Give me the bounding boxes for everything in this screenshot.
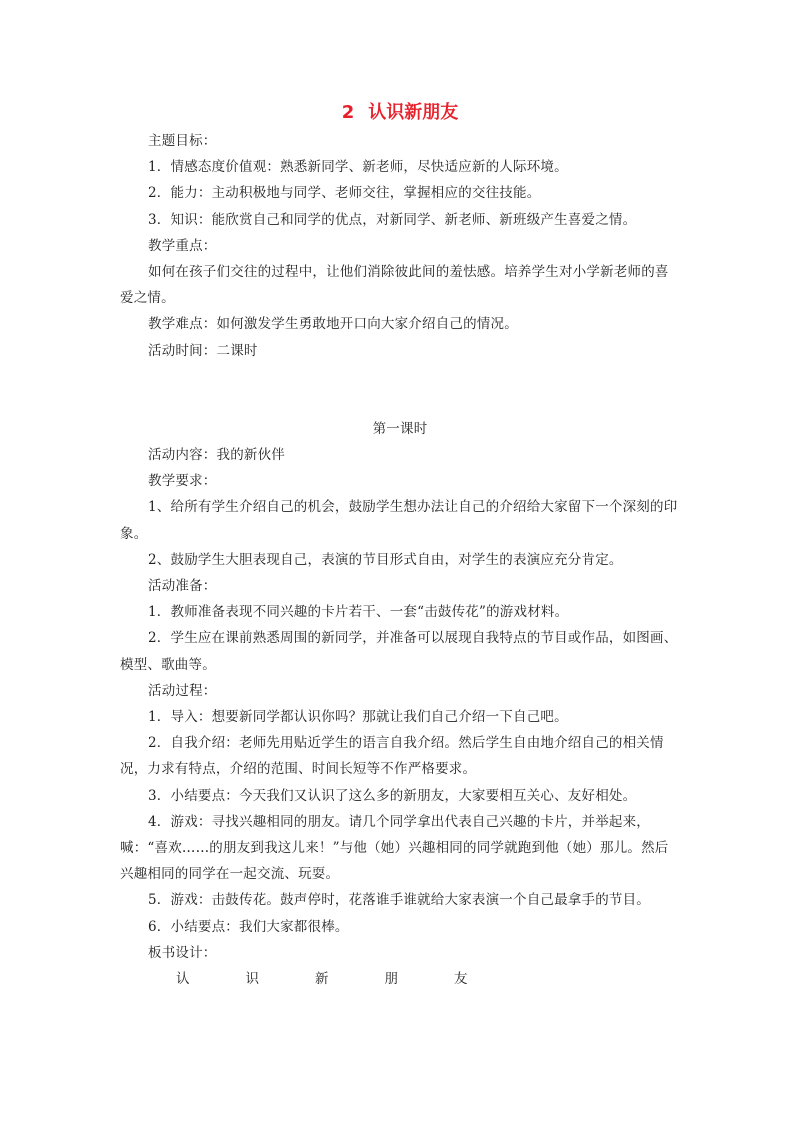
activity-time: 活动时间：二课时 [120, 338, 680, 364]
document-title: 2认识新朋友 [120, 100, 680, 126]
preparation-2: 2．学生应在课前熟悉周围的新同学，并准备可以展现自我特点的节目或作品，如图画、模… [120, 625, 680, 677]
heading-theme-goals: 主题目标： [120, 128, 680, 154]
board-char: 认 [148, 966, 190, 992]
board-char: 朋 [357, 966, 399, 992]
goal-knowledge: 3．知识：能欣赏自己和同学的优点，对新同学、新老师、新班级产生喜爱之情。 [120, 207, 680, 233]
process-5: 5．游戏：击鼓传花。鼓声停时，花落谁手谁就给大家表演一个自己最拿手的节目。 [120, 887, 680, 913]
process-3: 3．小结要点：今天我们又认识了这么多的新朋友，大家要相互关心、友好相处。 [120, 783, 680, 809]
preparation-1: 1．教师准备表现不同兴趣的卡片若干、一套“击鼓传花”的游戏材料。 [120, 599, 680, 625]
lesson-section: 活动内容：我的新伙伴 教学要求： 1、给所有学生介绍自己的机会，鼓励学生想办法让… [120, 442, 680, 992]
title-number: 2 [342, 102, 355, 123]
board-char: 友 [426, 966, 468, 992]
heading-preparation: 活动准备： [120, 573, 680, 599]
document-page: 2认识新朋友 主题目标： 1．情感态度价值观：熟悉新同学、新老师，尽快适应新的人… [120, 100, 680, 992]
goal-attitude: 1．情感态度价值观：熟悉新同学、新老师，尽快适应新的人际环境。 [120, 154, 680, 180]
intro-section: 主题目标： 1．情感态度价值观：熟悉新同学、新老师，尽快适应新的人际环境。 2．… [120, 128, 680, 364]
requirement-2: 2、鼓励学生大胆表现自己，表演的节目形式自由，对学生的表演应充分肯定。 [120, 547, 680, 573]
key-points-text: 如何在孩子们交往的过程中，让他们消除彼此间的羞怯感。培养学生对小学新老师的喜爱之… [120, 259, 680, 311]
heading-key-points: 教学重点： [120, 233, 680, 259]
process-4: 4．游戏：寻找兴趣相同的朋友。请几个同学拿出代表自己兴趣的卡片，并举起来，喊：“… [120, 809, 680, 888]
difficulty-text: 教学难点：如何激发学生勇敢地开口向大家介绍自己的情况。 [120, 311, 680, 337]
lesson-title: 第一课时 [120, 416, 680, 442]
activity-content: 活动内容：我的新伙伴 [120, 442, 680, 468]
goal-ability: 2．能力：主动积极地与同学、老师交往，掌握相应的交往技能。 [120, 180, 680, 206]
process-1: 1．导入：想要新同学都认识你吗？那就让我们自己介绍一下自己吧。 [120, 704, 680, 730]
board-char: 新 [287, 966, 329, 992]
requirement-1: 1、给所有学生介绍自己的机会，鼓励学生想办法让自己的介绍给大家留下一个深刻的印象… [120, 494, 680, 546]
board-char: 识 [218, 966, 260, 992]
heading-board-design: 板书设计： [120, 940, 680, 966]
process-6: 6．小结要点：我们大家都很棒。 [120, 914, 680, 940]
process-2: 2．自我介绍：老师先用贴近学生的语言自我介绍。然后学生自由地介绍自己的相关情况，… [120, 730, 680, 782]
title-text: 认识新朋友 [368, 102, 458, 123]
heading-process: 活动过程： [120, 678, 680, 704]
board-design: 认识新朋友 [120, 966, 680, 992]
heading-requirements: 教学要求： [120, 468, 680, 494]
